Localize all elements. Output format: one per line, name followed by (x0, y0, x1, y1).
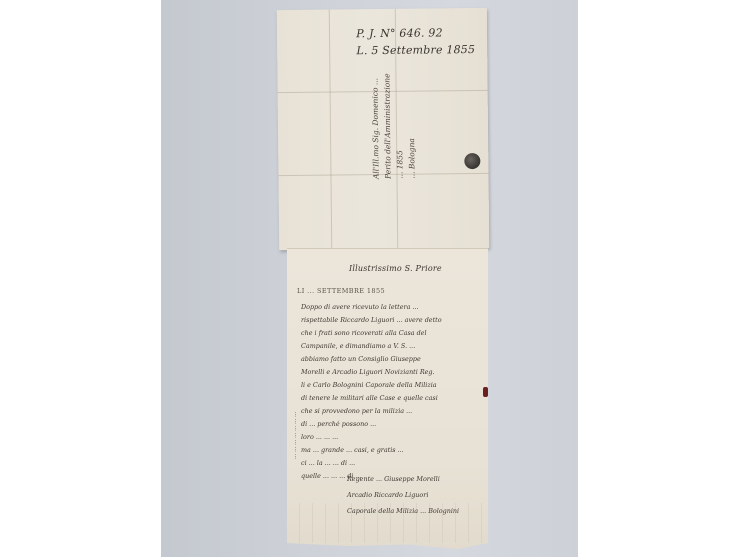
body-line: che si provvedono per la milizia ... (301, 405, 481, 418)
docket-date: L. 5 Settembre 1855 (356, 41, 475, 59)
docket-date-block: P. J. N° 646. 92 L. 5 Settembre 1855 (356, 24, 475, 59)
body-line: li e Carlo Bolognini Caporale della Mili… (301, 379, 481, 392)
margin-note: ... ... ... ... ... ... ... (291, 412, 300, 459)
address-line: ... 1855 (393, 73, 406, 179)
body-line: che i frati sono ricoverati alla Casa de… (301, 327, 481, 340)
letter-heading: Illustrissimo S. Priore (349, 264, 442, 273)
body-line: di ... perché possono ... (301, 418, 481, 431)
address-line: Perito dell'Amministrazione (381, 73, 394, 179)
red-wax-remnant (483, 387, 488, 397)
fold-line (329, 10, 333, 250)
address-block: All'Ill.mo Sig. Domenico ... Perito dell… (369, 73, 418, 179)
address-line: ... Bologna (405, 73, 418, 179)
lower-letter-page: Illustrissimo S. Priore LI ... SETTEMBRE… (287, 248, 488, 549)
body-line: Campanile, e dimandiamo a V. S. ... (301, 340, 481, 353)
signature-line: Arcadio Riccardo Liguori (347, 487, 459, 503)
body-line: rispettabile Riccardo Liguori ... avere … (301, 314, 481, 327)
letter-dateline: LI ... SETTEMBRE 1855 (297, 287, 385, 295)
wax-seal-icon (464, 153, 480, 169)
body-line: loro ... ... ... (301, 431, 481, 444)
upper-letter-cover: P. J. N° 646. 92 L. 5 Settembre 1855 All… (277, 8, 490, 250)
body-line: ci ... la ... ... di ... (301, 457, 481, 470)
paper-creases (287, 503, 488, 543)
body-line: abbiamo fatto un Consiglio Giuseppe (301, 353, 481, 366)
letter-body: Doppo di avere ricevuto la lettera ... r… (301, 301, 481, 483)
body-line: di tenere le militari alle Case e quelle… (301, 392, 481, 405)
photograph-background: P. J. N° 646. 92 L. 5 Settembre 1855 All… (161, 0, 578, 557)
body-line: ma ... grande ... casi, e gratis ... (301, 444, 481, 457)
body-line: Morelli e Arcadio Liguori Novizianti Reg… (301, 366, 481, 379)
docket-number: P. J. N° 646. 92 (356, 24, 475, 42)
body-line: Doppo di avere ricevuto la lettera ... (301, 301, 481, 314)
address-line: All'Ill.mo Sig. Domenico ... (369, 74, 382, 180)
signature-line: Regente ... Giuseppe Morelli (347, 471, 459, 487)
